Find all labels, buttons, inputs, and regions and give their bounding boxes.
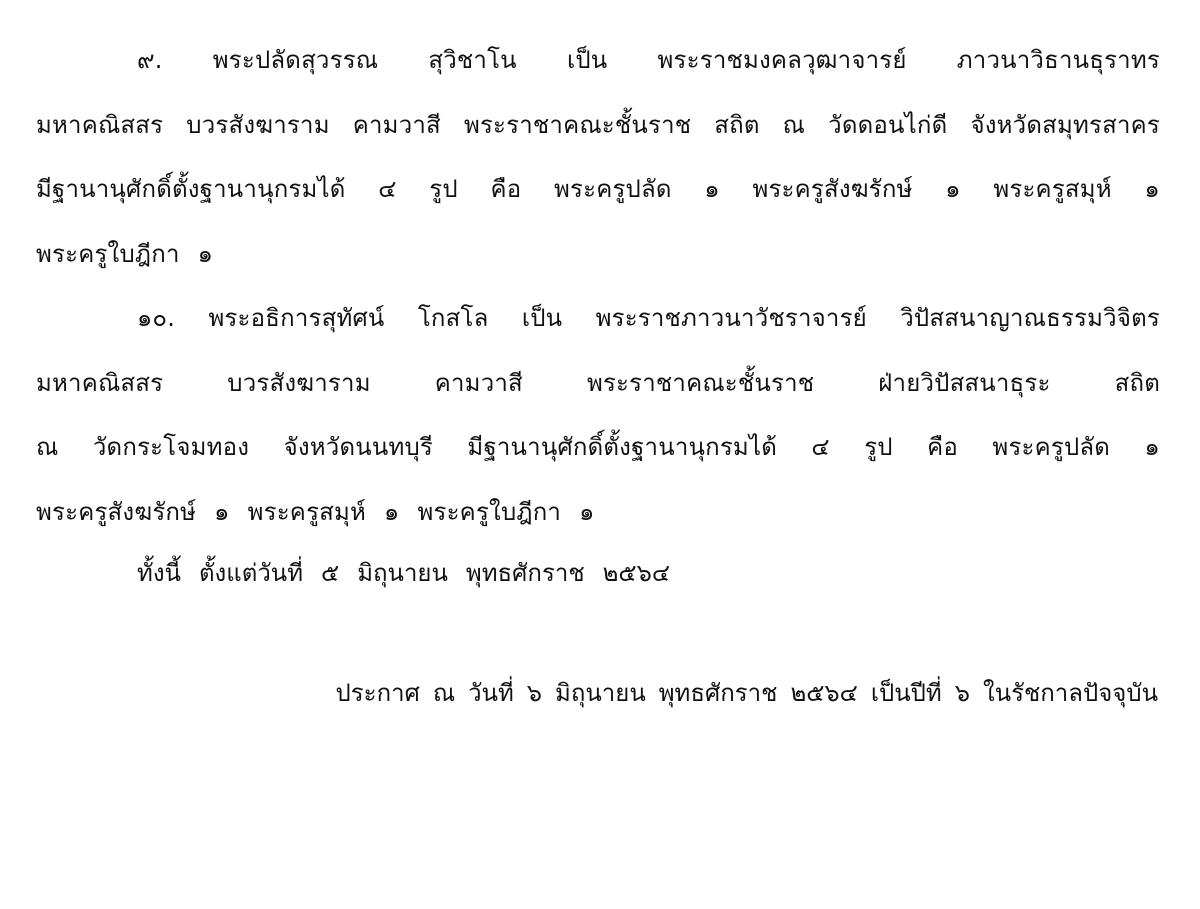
word: สุวิชาโน: [428, 28, 516, 93]
word: ณ: [433, 661, 455, 726]
text-line: มหาคณิสสร บวรสังฆาราม คามวาสี พระราชาคณะ…: [36, 351, 1160, 416]
word: ๑: [704, 157, 719, 222]
word: พระราชาคณะชั้นราช: [587, 351, 814, 416]
text-line: ๙. พระปลัดสุวรรณ สุวิชาโน เป็น พระราชมงค…: [36, 28, 1160, 93]
word: จังหวัดนนทบุรี: [284, 415, 433, 480]
word: คามวาสี: [353, 93, 441, 158]
word: พระครูใบฎีกา: [417, 480, 561, 545]
word: ณ: [783, 93, 805, 158]
word: คามวาสี: [435, 351, 523, 416]
word: พระราชมงคลวุฒาจารย์: [658, 28, 907, 93]
word: มหาคณิสสร: [36, 351, 163, 416]
text-line: พระครูใบฎีกา ๑: [36, 222, 1160, 287]
word: ประกาศ: [336, 661, 420, 726]
word: พระครูปลัด: [554, 157, 672, 222]
item-number: ๙.: [137, 28, 163, 93]
text-line: ณ วัดกระโจมทอง จังหวัดนนทบุรี มีฐานานุศั…: [36, 415, 1160, 480]
text-line: พระครูสังฆรักษ์ ๑ พระครูสมุห์ ๑ พระครูใบ…: [36, 480, 1160, 545]
word: พระอธิการสุทัศน์: [208, 286, 384, 351]
word: พระปลัดสุวรรณ: [213, 28, 379, 93]
word: วิปัสสนาญาณธรรมวิจิตร: [900, 286, 1160, 351]
word: สถิต: [1115, 351, 1160, 416]
word: ๒๕๖๔: [603, 541, 670, 606]
word: ๑: [198, 222, 213, 287]
word: เป็น: [567, 28, 607, 93]
word: ๒๕๖๔: [790, 661, 857, 726]
word: รูป: [864, 415, 893, 480]
word: บวรสังฆาราม: [186, 93, 329, 158]
word: ๑: [214, 480, 229, 545]
word: จังหวัดสมุทรสาคร: [970, 93, 1160, 158]
word: พระราชาคณะชั้นราช: [464, 93, 691, 158]
word: พระครูสมุห์: [993, 157, 1111, 222]
word: ทั้งนี้: [137, 541, 181, 606]
word: พระครูสังฆรักษ์: [36, 480, 196, 545]
item-number: ๑๐.: [137, 286, 175, 351]
word: ๔: [378, 157, 396, 222]
word: พุทธศักราช: [466, 541, 585, 606]
word: บวรสังฆาราม: [227, 351, 370, 416]
word: วัดกระโจมทอง: [93, 415, 249, 480]
word: ภาวนาวิธานธุราทร: [957, 28, 1160, 93]
word: มีฐานานุศักดิ์ตั้งฐานานุกรมได้: [467, 415, 777, 480]
text-line: มีฐานานุศักดิ์ตั้งฐานานุกรมได้ ๔ รูป คือ…: [36, 157, 1160, 222]
word: ๑: [384, 480, 399, 545]
word: มิถุนายน: [357, 541, 448, 606]
word: ๑: [1144, 157, 1159, 222]
word: เป็นปีที่: [871, 661, 942, 726]
word: ฝ่ายวิปัสสนาธุระ: [878, 351, 1050, 416]
word: มีฐานานุศักดิ์ตั้งฐานานุกรมได้: [36, 157, 346, 222]
word: ๑: [945, 157, 960, 222]
word: พระครูใบฎีกา: [36, 222, 180, 287]
word: พระครูสมุห์: [248, 480, 366, 545]
paragraph-item-9: ๙. พระปลัดสุวรรณ สุวิชาโน เป็น พระราชมงค…: [36, 28, 1160, 286]
word: ตั้งแต่วันที่: [199, 541, 303, 606]
word: มิถุนายน: [555, 661, 646, 726]
word: ๔: [811, 415, 829, 480]
word: ๕: [321, 541, 339, 606]
document-page: ๙. พระปลัดสุวรรณ สุวิชาโน เป็น พระราชมงค…: [0, 0, 1200, 909]
text-line: มหาคณิสสร บวรสังฆาราม คามวาสี พระราชาคณะ…: [36, 93, 1160, 158]
word: คือ: [490, 157, 521, 222]
word: ๖: [527, 661, 542, 726]
word: โกสโล: [418, 286, 489, 351]
word: สถิต: [714, 93, 759, 158]
word: ๑: [1145, 415, 1160, 480]
paragraph-item-10: ๑๐. พระอธิการสุทัศน์ โกสโล เป็น พระราชภา…: [36, 286, 1160, 544]
word: คือ: [927, 415, 958, 480]
word: ๑: [579, 480, 594, 545]
word: มหาคณิสสร: [36, 93, 163, 158]
word: ๖: [955, 661, 970, 726]
word: ในรัชกาลปัจจุบัน: [983, 661, 1158, 726]
word: พุทธศักราช: [659, 661, 778, 726]
word: พระราชภาวนาวัชราจารย์: [596, 286, 867, 351]
word: วัดดอนไก่ดี: [828, 93, 947, 158]
word: วันที่: [468, 661, 514, 726]
word: รูป: [429, 157, 458, 222]
word: ณ: [36, 415, 58, 480]
word: เป็น: [522, 286, 562, 351]
effective-date-line: ทั้งนี้ ตั้งแต่วันที่ ๕ มิถุนายน พุทธศัก…: [137, 541, 670, 606]
word: พระครูปลัด: [992, 415, 1110, 480]
text-line: ๑๐. พระอธิการสุทัศน์ โกสโล เป็น พระราชภา…: [36, 286, 1160, 351]
word: พระครูสังฆรักษ์: [752, 157, 912, 222]
proclamation-date-line: ประกาศ ณ วันที่ ๖ มิถุนายน พุทธศักราช ๒๕…: [336, 661, 1158, 726]
